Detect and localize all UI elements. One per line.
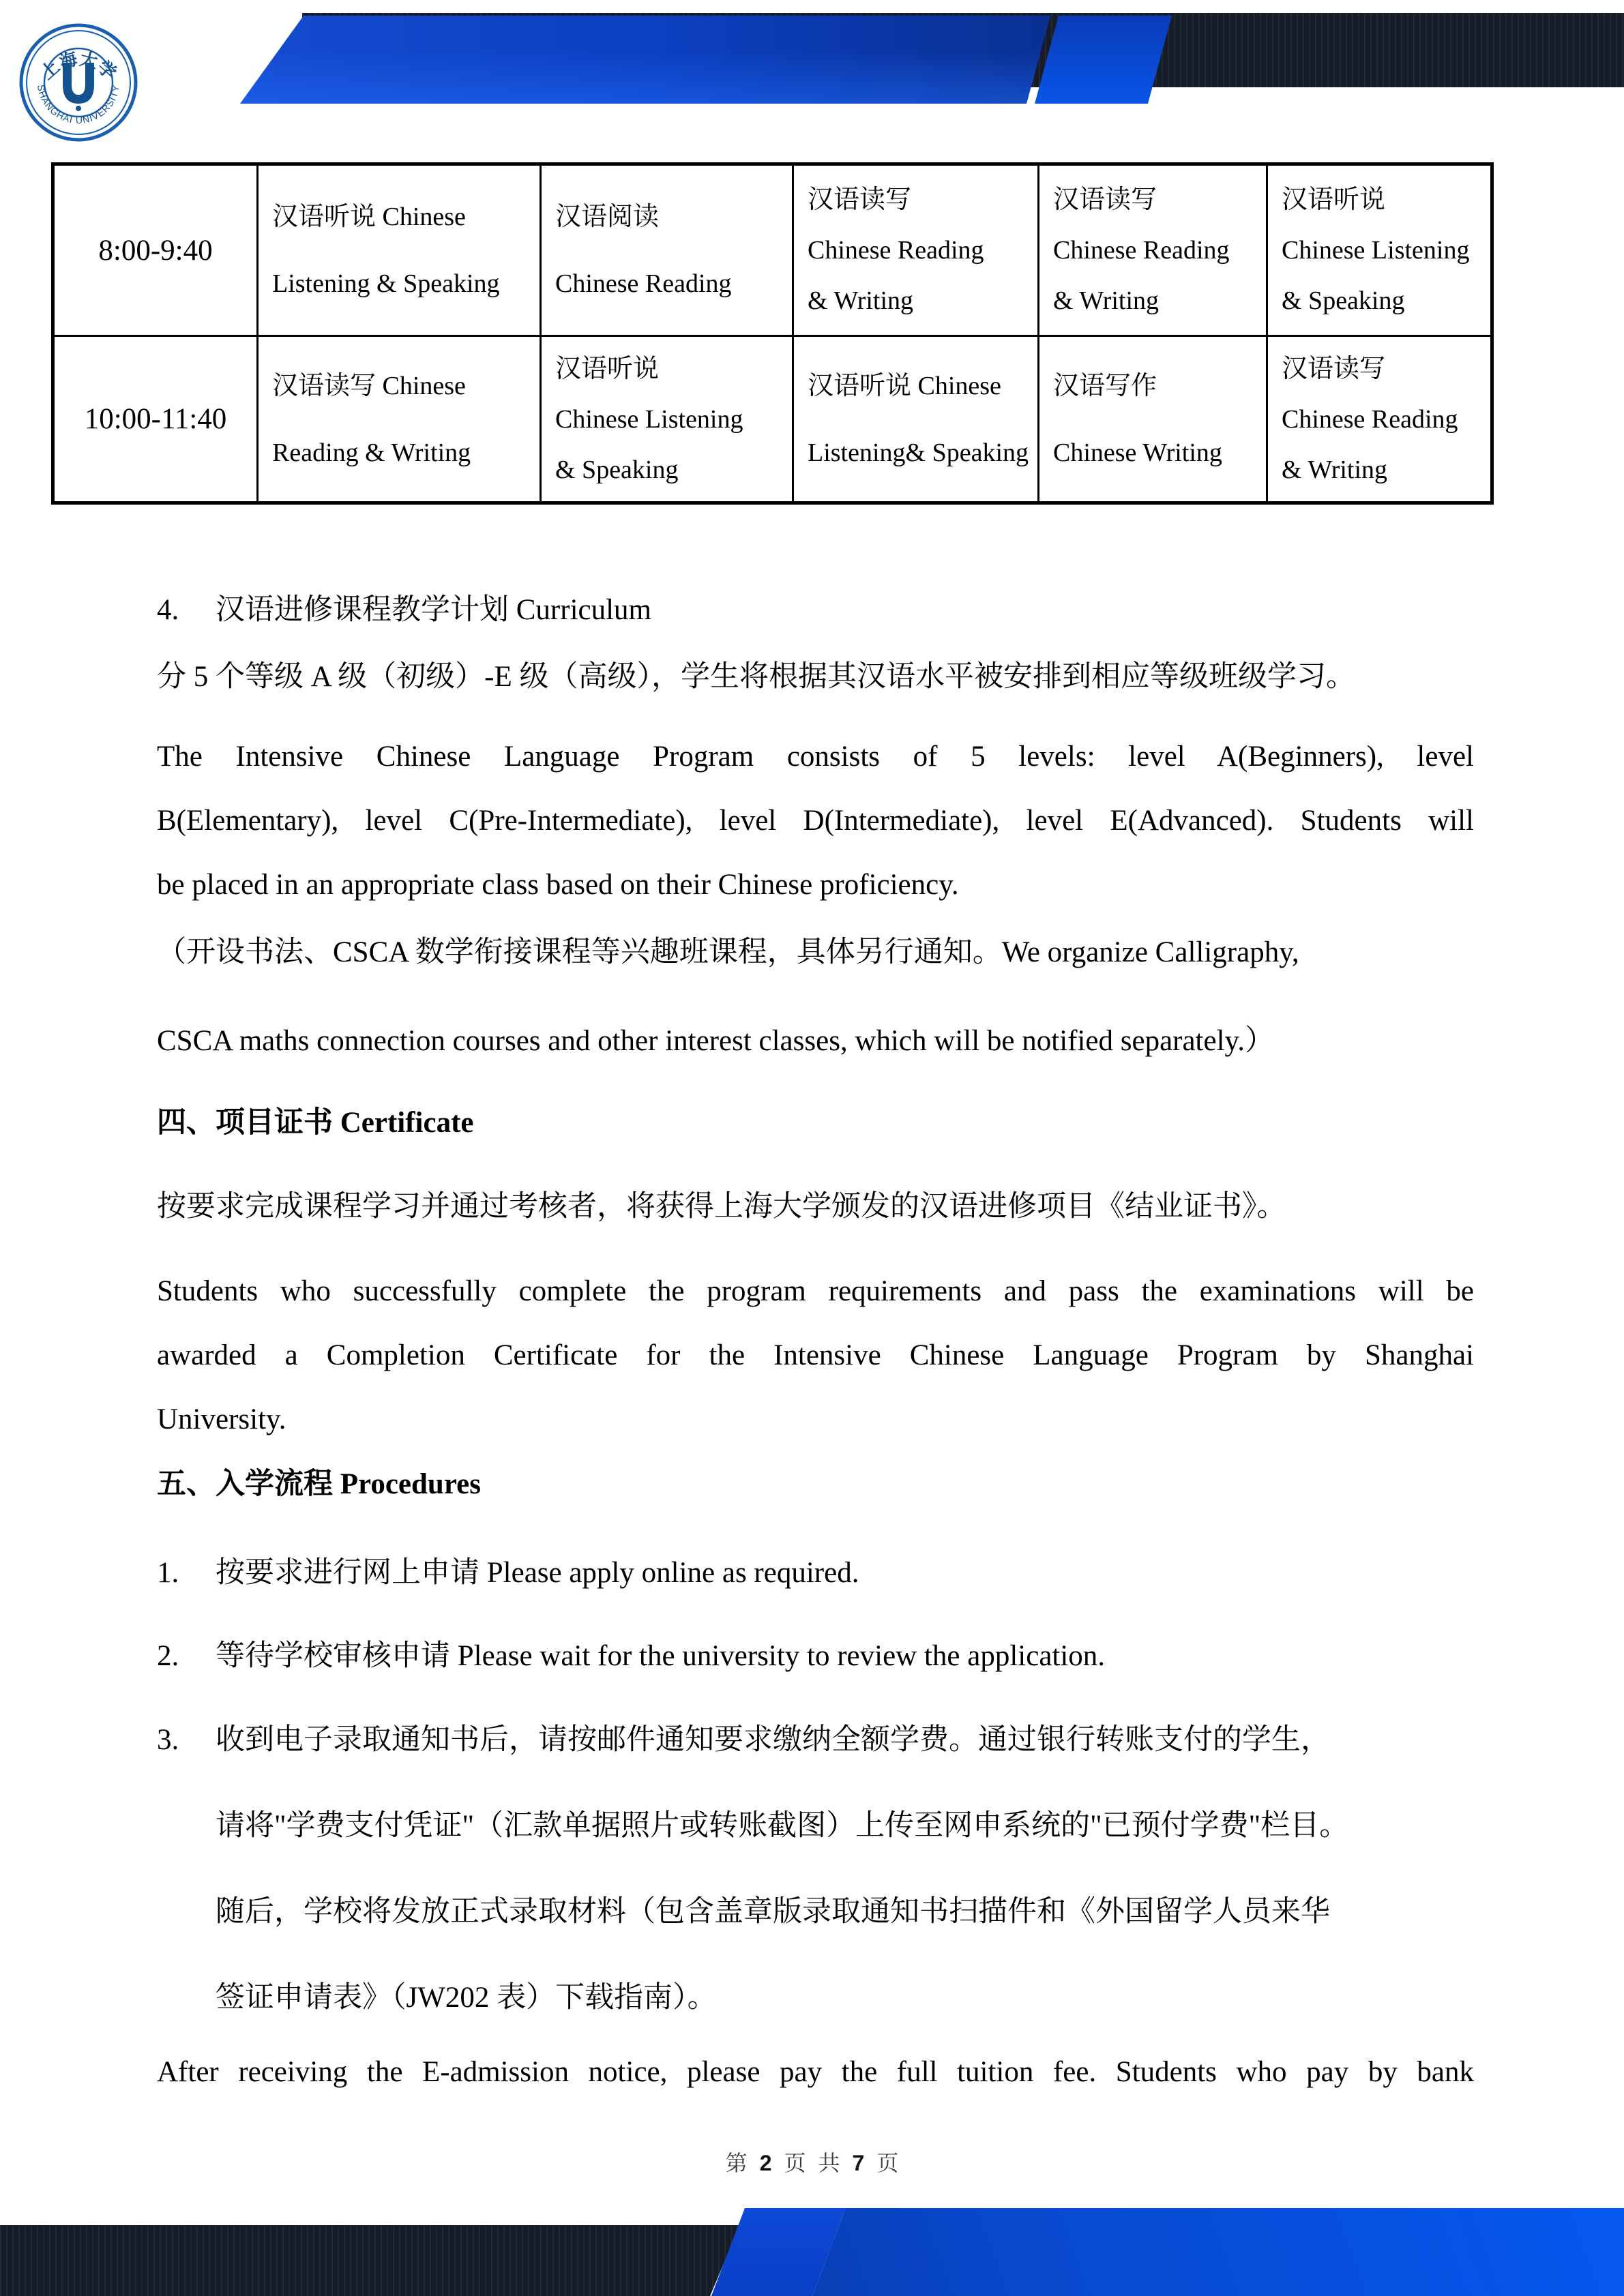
cell-line: 汉语读写 — [1053, 182, 1263, 218]
list-item-line: 按要求进行网上申请 Please apply online as require… — [157, 1530, 1474, 1616]
time-cell: 10:00-11:40 — [53, 336, 258, 503]
cell-line: 汉语听说 Chinese — [808, 368, 1035, 404]
course-cell: 汉语读写 Chinese Reading & Writing — [258, 336, 541, 503]
list-number: 3. — [157, 1697, 179, 1783]
total-page-number: 7 — [853, 2151, 865, 2175]
heading-text: 五、入学流程 Procedures — [157, 1464, 1474, 1505]
levels-paragraph-cn: 分 5 个等级 A 级（初级）-E 级（高级），学生将根据其汉语水平被安排到相应… — [157, 657, 1474, 698]
paragraph-line: After receiving the E-admission notice, … — [157, 2040, 1474, 2104]
list-item-line: 签证申请表》（JW202 表）下载指南）。 — [157, 1955, 1474, 2041]
procedure-item-1: 1. 按要求进行网上申请 Please apply online as requ… — [157, 1530, 1474, 1616]
certificate-heading: 四、项目证书 Certificate — [157, 1103, 1474, 1144]
cell-line: 汉语读写 — [808, 182, 1035, 218]
cell-line: Chinese Reading — [555, 266, 789, 301]
footer-text: 第 — [726, 2151, 748, 2175]
list-item-line: 随后，学校将发放正式录取材料（包含盖章版录取通知书扫描件和《外国留学人员来华 — [157, 1869, 1474, 1955]
time-cell: 8:00-9:40 — [53, 164, 258, 336]
course-cell: 汉语读写 Chinese Reading & Writing — [793, 164, 1039, 336]
procedure-item-2: 2. 等待学校审核申请 Please wait for the universi… — [157, 1613, 1474, 1699]
logo-dot — [76, 106, 81, 111]
course-cell: 汉语听说 Chinese Listening & Speaking — [1267, 164, 1492, 336]
cell-line: & Writing — [808, 283, 1035, 318]
cell-line: Listening& Speaking — [808, 435, 1035, 471]
list-item-line: 请将"学费支付凭证"（汇款单据照片或转账截图）上传至网申系统的"已预付学费"栏目… — [157, 1783, 1474, 1869]
cell-line: Chinese Listening — [1282, 233, 1488, 268]
cell-line: & Speaking — [555, 452, 789, 488]
paragraph-line: The Intensive Chinese Language Program c… — [157, 725, 1474, 789]
curriculum-heading: 4. 汉语进修课程教学计划 Curriculum — [157, 590, 1474, 631]
cell-line: Listening & Speaking — [272, 266, 537, 301]
table-row: 8:00-9:40 汉语听说 Chinese Listening & Speak… — [53, 164, 1492, 336]
cell-line: & Speaking — [1282, 283, 1488, 318]
course-cell: 汉语听说 Chinese Listening & Speaking — [541, 336, 793, 503]
list-number: 1. — [157, 1530, 179, 1616]
course-cell: 汉语听说 Chinese Listening& Speaking — [793, 336, 1039, 503]
course-cell: 汉语读写 Chinese Reading & Writing — [1267, 336, 1492, 503]
heading-text: 汉语进修课程教学计划 Curriculum — [157, 590, 1474, 631]
cell-line: 汉语写作 — [1053, 368, 1263, 404]
cell-line: Chinese Writing — [1053, 435, 1263, 471]
cell-line: 汉语听说 Chinese — [272, 199, 537, 235]
list-number: 4. — [157, 590, 179, 631]
cell-line: 汉语阅读 — [555, 199, 789, 235]
certificate-paragraph-cn: 按要求完成课程学习并通过考核者，将获得上海大学颁发的汉语进修项目《结业证书》。 — [157, 1187, 1474, 1227]
paragraph-line: University. — [157, 1388, 1474, 1452]
cell-line: 汉语读写 — [1282, 351, 1488, 387]
list-number: 2. — [157, 1613, 179, 1699]
procedure-item-3: 3. 收到电子录取通知书后，请按邮件通知要求缴纳全额学费。通过银行转账支付的学生… — [157, 1697, 1474, 2041]
paragraph-line: CSCA maths connection courses and other … — [157, 997, 1474, 1086]
paragraph-line: （开设书法、CSCA 数学衔接课程等兴趣班课程，具体另行通知。We organi… — [157, 908, 1474, 997]
paragraph-line: be placed in an appropriate class based … — [157, 853, 1474, 917]
cell-line: 汉语听说 — [555, 351, 789, 387]
paragraph-line: 分 5 个等级 A 级（初级）-E 级（高级），学生将根据其汉语水平被安排到相应… — [157, 657, 1474, 698]
paragraph-line: awarded a Completion Certificate for the… — [157, 1324, 1474, 1388]
footer-dark-bar — [0, 2225, 740, 2296]
cell-line: Chinese Reading — [808, 233, 1035, 268]
heading-text: 四、项目证书 Certificate — [157, 1103, 1474, 1144]
course-cell: 汉语听说 Chinese Listening & Speaking — [258, 164, 541, 336]
document-page: SHANGHAI UNIVERSITY 上海大学 8:00-9:40 汉语听说 … — [0, 0, 1624, 2296]
cell-line: Chinese Reading — [1282, 402, 1488, 437]
cell-line: & Writing — [1053, 283, 1263, 318]
cell-line: & Writing — [1282, 452, 1488, 488]
paragraph-line: 按要求完成课程学习并通过考核者，将获得上海大学颁发的汉语进修项目《结业证书》。 — [157, 1187, 1474, 1227]
list-item-line: 等待学校审核申请 Please wait for the university … — [157, 1613, 1474, 1699]
paragraph-line: B(Elementary), level C(Pre-Intermediate)… — [157, 789, 1474, 853]
cell-line: Chinese Reading — [1053, 233, 1263, 268]
cell-line: 汉语读写 Chinese — [272, 368, 537, 404]
course-cell: 汉语阅读 Chinese Reading — [541, 164, 793, 336]
cell-line: Chinese Listening — [555, 402, 789, 437]
cell-line: Reading & Writing — [272, 435, 537, 471]
footer-text: 共 — [818, 2151, 840, 2175]
university-logo-icon: SHANGHAI UNIVERSITY 上海大学 — [19, 14, 139, 151]
footer-text: 页 — [784, 2151, 806, 2175]
procedure3-english-line: After receiving the E-admission notice, … — [157, 2040, 1474, 2104]
course-cell: 汉语写作 Chinese Writing — [1039, 336, 1267, 503]
procedures-heading: 五、入学流程 Procedures — [157, 1464, 1474, 1505]
certificate-paragraph-en: Students who successfully complete the p… — [157, 1259, 1474, 1452]
interest-classes-paragraph: （开设书法、CSCA 数学衔接课程等兴趣班课程，具体另行通知。We organi… — [157, 908, 1474, 1086]
current-page-number: 2 — [760, 2151, 772, 2175]
class-schedule-table: 8:00-9:40 汉语听说 Chinese Listening & Speak… — [51, 162, 1494, 505]
table-row: 10:00-11:40 汉语读写 Chinese Reading & Writi… — [53, 336, 1492, 503]
footer-text: 页 — [876, 2151, 898, 2175]
levels-paragraph-en: The Intensive Chinese Language Program c… — [157, 725, 1474, 917]
cell-line: 汉语听说 — [1282, 182, 1488, 218]
page-number: 第2页共7页 — [0, 2148, 1624, 2178]
course-cell: 汉语读写 Chinese Reading & Writing — [1039, 164, 1267, 336]
list-item-line: 收到电子录取通知书后，请按邮件通知要求缴纳全额学费。通过银行转账支付的学生， — [157, 1697, 1474, 1783]
paragraph-line: Students who successfully complete the p… — [157, 1259, 1474, 1324]
